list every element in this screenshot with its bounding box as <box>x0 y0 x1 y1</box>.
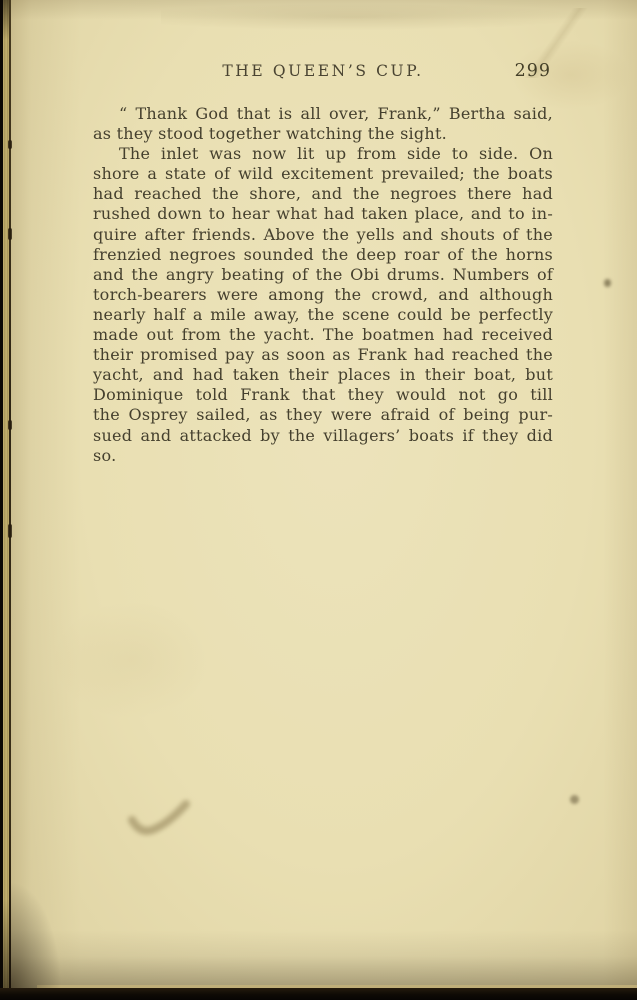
running-header: THE QUEEN’S CUP. 299 <box>93 62 553 84</box>
binding-gutter-line <box>9 0 11 1000</box>
text-line: torch-bearers were among the crowd, and … <box>93 285 553 305</box>
binding-mark <box>8 420 12 430</box>
ink-speck <box>604 279 611 287</box>
paper-stain <box>51 600 211 720</box>
binding-mark <box>8 140 12 149</box>
binding-mark <box>8 524 12 538</box>
text-line: yacht, and had taken their places in the… <box>93 365 553 385</box>
paragraph: “ Thank God that is all over, Frank,” Be… <box>93 104 553 144</box>
page-corner-shadow <box>11 878 63 988</box>
page-number: 299 <box>515 61 551 81</box>
page-bottom-shadow <box>11 930 637 988</box>
text-line: The inlet was now lit up from side to si… <box>93 144 553 164</box>
paragraph: The inlet was now lit up from side to si… <box>93 144 553 466</box>
text-line: the Osprey sailed, as they were afraid o… <box>93 405 553 425</box>
text-line: their promised pay as soon as Frank had … <box>93 345 553 365</box>
text-line: sued and attacked by the villagers’ boat… <box>93 426 553 466</box>
text-line: as they stood together watching the sigh… <box>93 124 553 144</box>
binding-mark <box>8 228 12 240</box>
book-page-scan: THE QUEEN’S CUP. 299 “ Thank God that is… <box>0 0 637 1000</box>
text-line: had reached the shore, and the negroes t… <box>93 184 553 204</box>
body-text: “ Thank God that is all over, Frank,” Be… <box>93 104 553 466</box>
text-line: made out from the yacht. The boatmen had… <box>93 325 553 345</box>
book-bottom-edge <box>0 988 637 1000</box>
page-title: THE QUEEN’S CUP. <box>93 62 553 80</box>
text-line: Dominique told Frank that they would not… <box>93 385 553 405</box>
smudge-mark <box>126 790 206 846</box>
text-line: shore a state of wild excitement prevail… <box>93 164 553 184</box>
text-line: quire after friends. Above the yells and… <box>93 225 553 245</box>
text-line: rushed down to hear what had taken place… <box>93 204 553 224</box>
text-line: and the angry beating of the Obi drums. … <box>93 265 553 285</box>
ink-speck <box>570 795 579 804</box>
text-line: “ Thank God that is all over, Frank,” Be… <box>93 104 553 124</box>
text-column: THE QUEEN’S CUP. 299 “ Thank God that is… <box>93 62 553 466</box>
text-line: frenzied negroes sounded the deep roar o… <box>93 245 553 265</box>
text-line: nearly half a mile away, the scene could… <box>93 305 553 325</box>
